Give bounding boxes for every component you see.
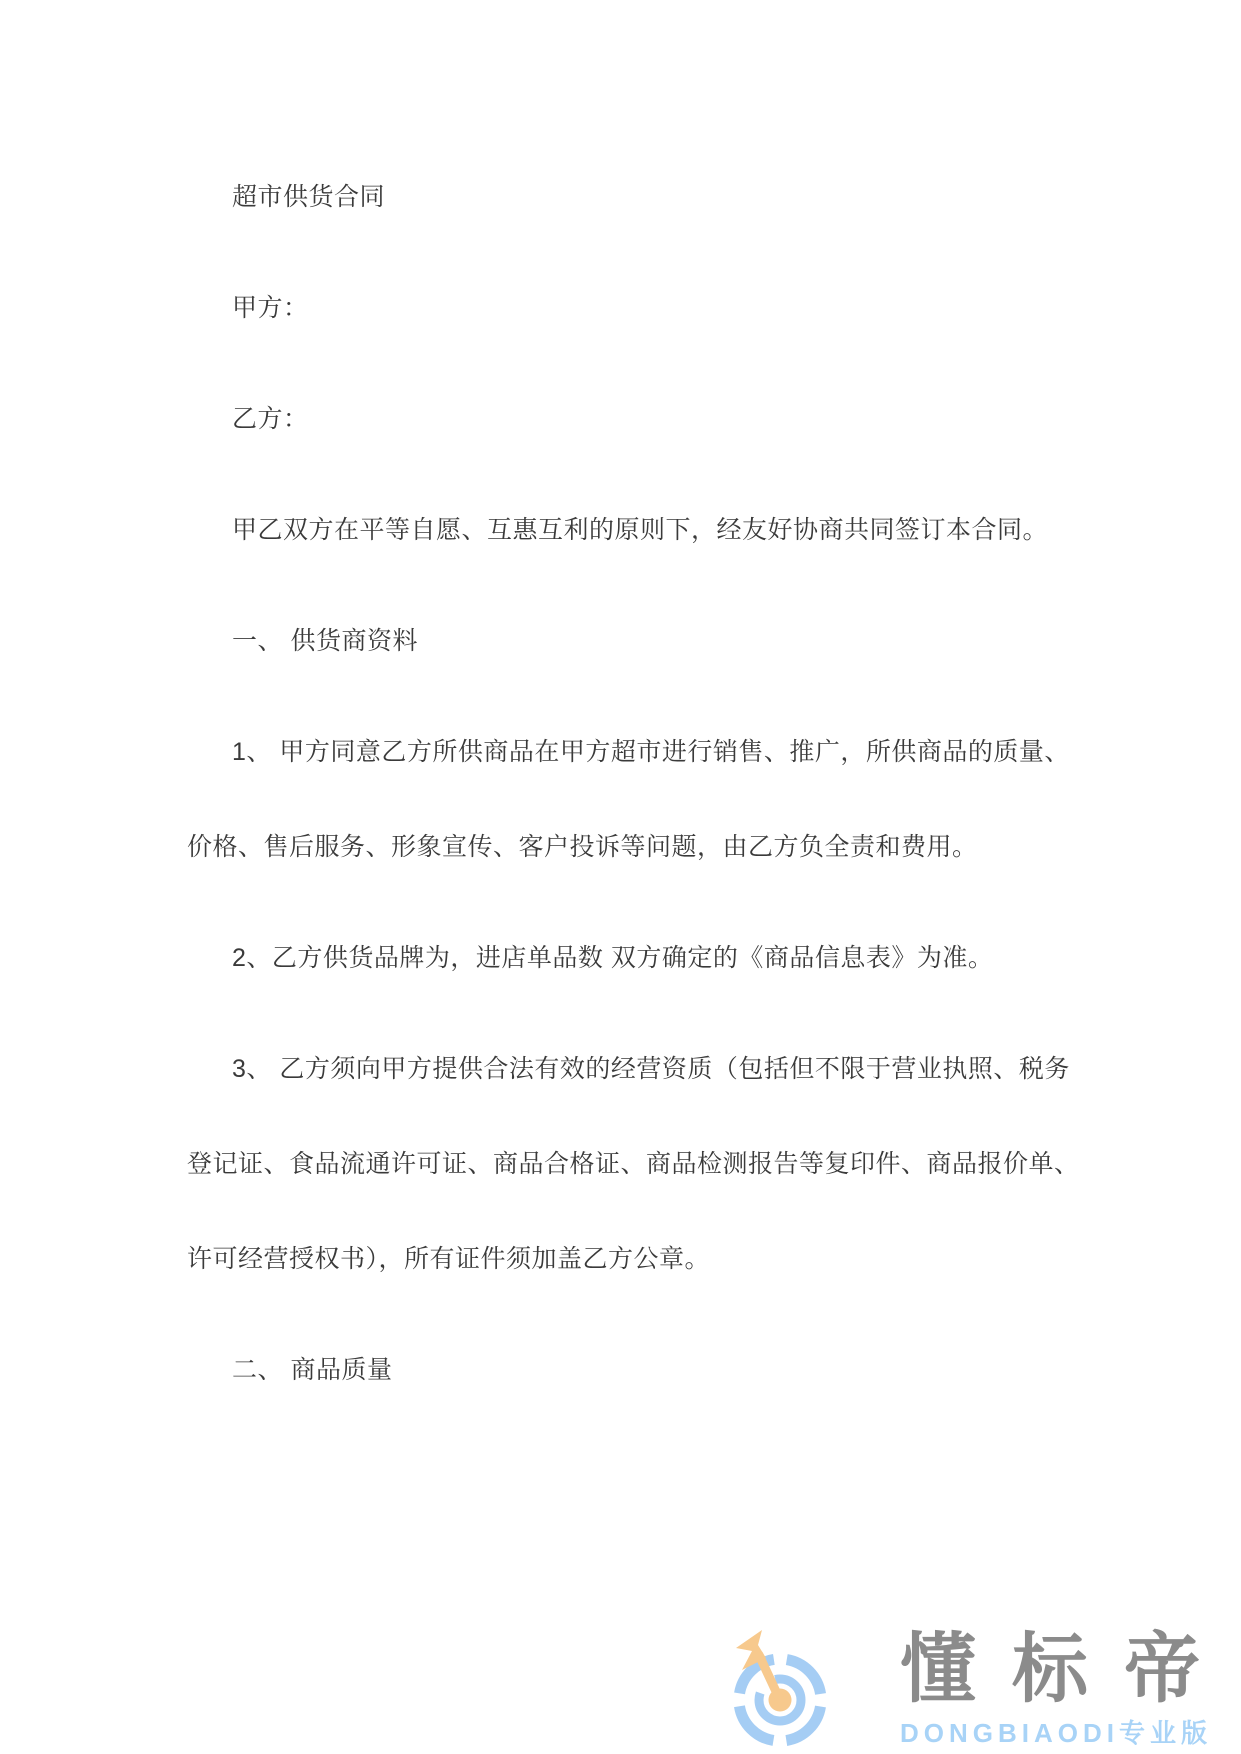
paragraph: 2、乙方供货品牌为，进店单品数 双方确定的《商品信息表》为准。 [187,911,1067,1006]
text-line: 二、 商品质量 [187,1323,1067,1418]
paragraph: 二、 商品质量 [187,1323,1067,1418]
text-line: 乙方： [187,372,1067,467]
text-line: 一、 供货商资料 [187,594,1067,689]
paragraph: 甲方： [187,261,1067,356]
text-line: 甲乙双方在平等自愿、互惠互利的原则下，经友好协商共同签订本合同。 [187,483,1067,578]
brand-name: 懂标帝 [900,1632,1236,1708]
text-line: 超市供货合同 [187,150,1067,245]
paragraph: 甲乙双方在平等自愿、互惠互利的原则下，经友好协商共同签订本合同。 [187,483,1067,578]
paragraph: 乙方： [187,372,1067,467]
target-dart-icon [728,1628,832,1754]
text-line: 价格、售后服务、形象宣传、客户投诉等问题，由乙方负全责和费用。 [187,800,1067,895]
text-line: 1、 甲方同意乙方所供商品在甲方超市进行销售、推广，所供商品的质量、 [187,705,1067,800]
paragraph: 1、 甲方同意乙方所供商品在甲方超市进行销售、推广，所供商品的质量、价格、售后服… [187,705,1067,895]
paragraph: 超市供货合同 [187,150,1067,245]
contract-body: 超市供货合同甲方：乙方：甲乙双方在平等自愿、互惠互利的原则下，经友好协商共同签订… [187,150,1067,1434]
text-line: 2、乙方供货品牌为，进店单品数 双方确定的《商品信息表》为准。 [187,911,1067,1006]
paragraph: 一、 供货商资料 [187,594,1067,689]
brand-watermark: 懂标帝 DONGBIAODI专业版 [728,1628,1218,1754]
paragraph: 3、 乙方须向甲方提供合法有效的经营资质（包括但不限于营业执照、税务登记证、食品… [187,1022,1067,1307]
text-line: 3、 乙方须向甲方提供合法有效的经营资质（包括但不限于营业执照、税务 [187,1022,1067,1117]
text-line: 甲方： [187,261,1067,356]
text-line: 许可经营授权书），所有证件须加盖乙方公章。 [187,1212,1067,1307]
contract-page: 超市供货合同甲方：乙方：甲乙双方在平等自愿、互惠互利的原则下，经友好协商共同签订… [0,0,1241,1754]
brand-subtitle: DONGBIAODI专业版 [900,1720,1212,1746]
text-line: 登记证、食品流通许可证、商品合格证、商品检测报告等复印件、商品报价单、 [187,1117,1067,1212]
